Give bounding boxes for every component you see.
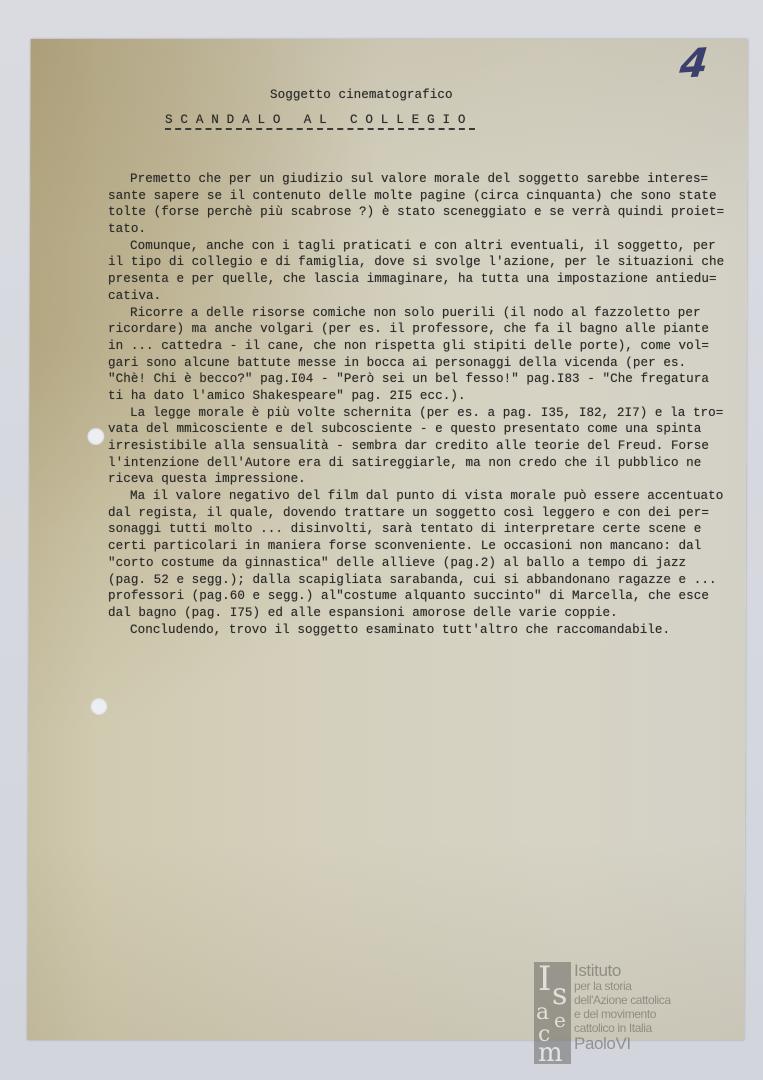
logo-text-line: e del movimento (574, 1007, 671, 1021)
text-line: dal bagno (pag. I75) ed alle espansioni … (108, 605, 748, 622)
text-line: sonaggi tutti molto ... disinvolti, sarà… (108, 521, 748, 538)
document-subtitle: Soggetto cinematografico (270, 88, 453, 102)
text-line: Premetto che per un giudizio sul valore … (108, 171, 748, 188)
punch-hole (87, 428, 104, 445)
text-line: Concludendo, trovo il soggetto esaminato… (108, 622, 748, 639)
text-line: "corto costume da ginnastica" delle alli… (108, 555, 748, 572)
logo-text-line: dell'Azione cattolica (574, 993, 671, 1007)
text-line: ti ha dato l'amico Shakespeare" pag. 2I5… (108, 388, 748, 405)
logo-letter-block: Isaecm (534, 962, 571, 1064)
text-line: irresistibile alla sensualità - sembra d… (108, 438, 748, 455)
title-underline (165, 128, 475, 130)
text-line: (pag. 52 e segg.); dalla scapigliata sar… (108, 572, 748, 589)
text-line: tato. (108, 221, 748, 238)
text-line: La legge morale è più volte schernita (p… (108, 405, 748, 422)
logo-text-line: cattolico in Italia (574, 1021, 671, 1035)
logo-text-line: PaoloVI (574, 1035, 671, 1053)
logo-letter: m (538, 1040, 563, 1066)
text-line: Ricorre a delle risorse comiche non solo… (108, 305, 748, 322)
text-line: ricordare) ma anche volgari (per es. il … (108, 321, 748, 338)
text-line: sante sapere se il contenuto delle molte… (108, 188, 748, 205)
logo-text-line: per la storia (574, 979, 671, 993)
text-line: in ... cattedra - il cane, che non rispe… (108, 338, 748, 355)
text-line: Ma il valore negativo del film dal punto… (108, 488, 748, 505)
logo-letter: s (552, 980, 567, 1010)
text-line: presenta e per quelle, che lascia immagi… (108, 271, 748, 288)
logo-letter: I (538, 962, 551, 996)
text-line: il tipo di collegio e di famiglia, dove … (108, 254, 748, 271)
logo-letter: a (536, 1002, 549, 1024)
text-line: dal regista, il quale, dovendo trattare … (108, 505, 748, 522)
isacem-watermark-logo: Isaecm Istitutoper la storiadell'Azione … (534, 962, 694, 1066)
handwritten-page-number: 4 (678, 43, 710, 85)
text-line: riceva questa impressione. (108, 471, 748, 488)
text-line: l'intenzione dell'Autore era di satiregg… (108, 455, 748, 472)
document-body: Premetto che per un giudizio sul valore … (108, 171, 748, 638)
logo-letter: e (554, 1010, 566, 1030)
text-line: Comunque, anche con i tagli praticati e … (108, 238, 748, 255)
text-line: "Chè! Chi è becco?" pag.I04 - "Però sei … (108, 371, 748, 388)
punch-hole (90, 698, 107, 715)
text-line: gari sono alcune battute messe in bocca … (108, 355, 748, 372)
logo-institution-name: Istitutoper la storiadell'Azione cattoli… (574, 962, 671, 1053)
logo-text-line: Istituto (574, 962, 671, 979)
text-line: tolte (forse perchè più scabrose ?) è st… (108, 204, 748, 221)
text-line: vata del mmìcosciente e del subcosciente… (108, 421, 748, 438)
text-line: cativa. (108, 288, 748, 305)
document-title: S C A N D A L O A L C O L L E G I O (165, 113, 466, 127)
text-line: certi particolari in maniera forse sconv… (108, 538, 748, 555)
text-line: professori (pag.60 e segg.) al"costume a… (108, 588, 748, 605)
